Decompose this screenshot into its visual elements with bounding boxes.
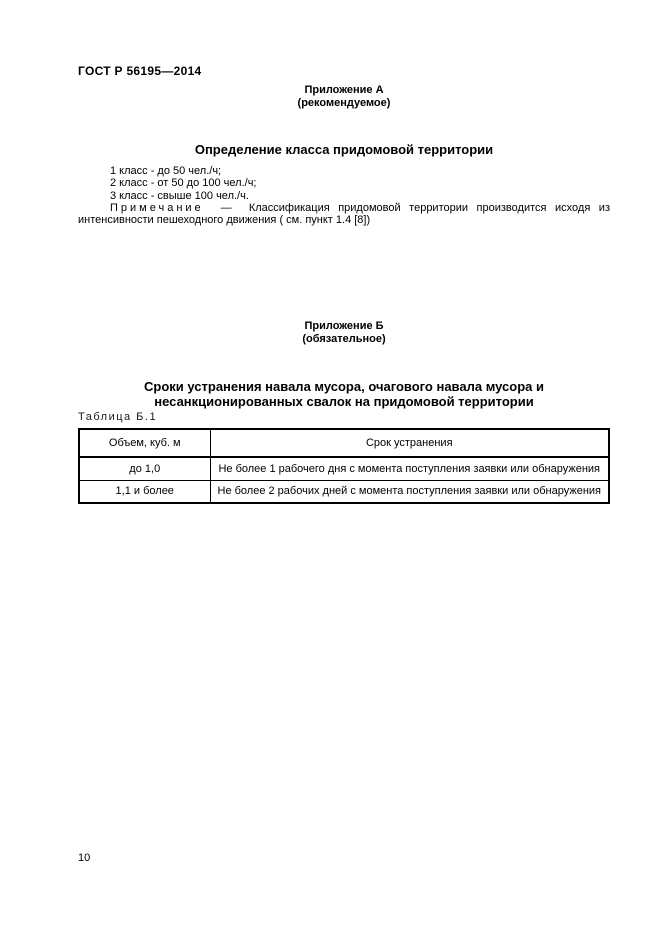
cell-volume-2: 1,1 и более	[79, 480, 210, 503]
appendix-b-kind: (обязательное)	[78, 333, 610, 346]
page-number: 10	[78, 852, 610, 864]
appendix-a-kind: (рекомендуемое)	[78, 97, 610, 110]
document-page: ГОСТ Р 56195—2014 Приложение А (рекоменд…	[0, 0, 661, 935]
appendix-a-label: Приложение А	[78, 84, 610, 97]
table-b1-body: до 1,0 Не более 1 рабочего дня с момента…	[79, 457, 609, 503]
note-paragraph: Примечание — Классификация придомовой те…	[78, 202, 610, 227]
table-caption: Таблица Б.1	[78, 411, 610, 423]
class-list-item-2: 2 класс - от 50 до 100 чел./ч;	[110, 177, 610, 189]
note-label: Примечание	[110, 202, 204, 214]
doc-number: ГОСТ Р 56195—2014	[78, 64, 610, 78]
cell-volume-1: до 1,0	[79, 457, 210, 480]
class-list-item-3: 3 класс - свыше 100 чел./ч.	[110, 190, 610, 202]
appendix-a-title: Определение класса придомовой территории	[78, 142, 610, 157]
table-row: до 1,0 Не более 1 рабочего дня с момента…	[79, 457, 609, 480]
table-row: 1,1 и более Не более 2 рабочих дней с мо…	[79, 480, 609, 503]
cell-term-1: Не более 1 рабочего дня с момента поступ…	[210, 457, 609, 480]
class-list-item-1: 1 класс - до 50 чел./ч;	[110, 165, 610, 177]
appendix-a-header: Приложение А (рекомендуемое)	[78, 84, 610, 110]
appendix-b-label: Приложение Б	[78, 320, 610, 333]
class-list: 1 класс - до 50 чел./ч; 2 класс - от 50 …	[78, 165, 610, 202]
table-header-row: Объем, куб. м Срок устранения	[79, 429, 609, 457]
table-b1-header: Объем, куб. м Срок устранения	[79, 429, 609, 457]
cell-term-2: Не более 2 рабочих дней с момента поступ…	[210, 480, 609, 503]
appendix-b-title: Сроки устранения навала мусора, очаговог…	[78, 379, 610, 409]
header-cell-term: Срок устранения	[210, 429, 609, 457]
header-cell-volume: Объем, куб. м	[79, 429, 210, 457]
table-b1: Объем, куб. м Срок устранения до 1,0 Не …	[78, 428, 610, 504]
note-dash: —	[221, 202, 232, 214]
appendix-b-header: Приложение Б (обязательное)	[78, 320, 610, 346]
